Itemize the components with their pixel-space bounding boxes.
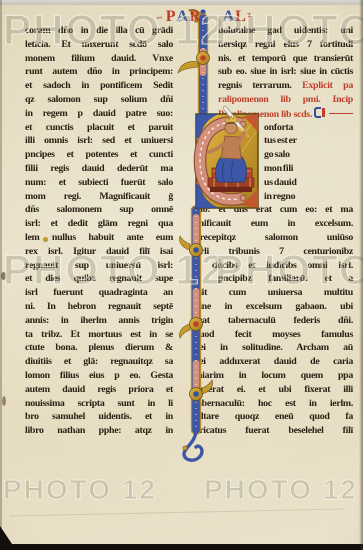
rubric-text: ralipomenon lib pmi. Incip: [218, 94, 353, 105]
manuscript-line: us dauid: [192, 176, 353, 190]
manuscript-line: dñs salomonem sup omnē: [25, 203, 173, 217]
manuscript-line: regnis terrarum. Explicit pa: [192, 79, 353, 93]
manuscript-line: bro samuhel uidentis. et in: [25, 410, 173, 424]
manuscript-line: ta tribz. Et mortuus est in se: [25, 328, 173, 342]
manuscript-line: ni. In hebron regnauit septē: [25, 300, 173, 314]
manuscript-line: ctute bona. plenus dierum &: [25, 341, 173, 355]
manuscript-line: dine in excelsum gabaon. ubi: [192, 300, 353, 314]
manuscript-line: quod fecit moyses famulus: [192, 328, 353, 342]
manuscript-line: sub eo. siue in isrl: siue in cūctis: [192, 65, 353, 79]
abbreviation-mark: z: [247, 6, 251, 24]
manuscript-line: regnauit sup uniuersū isrl:: [25, 259, 173, 273]
manuscript-line: tus est er: [192, 134, 353, 148]
header-flourish: ~: [155, 10, 164, 29]
manuscript-line: Paralipomenon lib scds.: [192, 107, 353, 121]
manuscript-line: lomon filius eius p eo. Gesta: [25, 369, 173, 383]
manuscript-line: diuitiis et glā: regnauitqz sa: [25, 355, 173, 369]
rubric-text: Paralipomenon lib scds.: [218, 109, 312, 120]
parchment-crease: [10, 509, 343, 517]
manuscript-line: isrl fuerunt quadraginta an: [25, 286, 173, 300]
right-text-column: uolumine gad uidentis: uniuersiqz regni …: [192, 24, 353, 438]
manuscript-line: et cunctis placuit et paruit: [25, 121, 173, 135]
running-title-left: PAR: [165, 8, 201, 26]
chapter-mark-icon: [314, 107, 325, 118]
manuscript-line: num: et subiecti fuerūt salo: [25, 176, 173, 190]
manuscript-line: et sadoch in pontificem Sedit: [25, 79, 173, 93]
manuscript-line: libro nathan pphe: atqz in: [25, 424, 173, 438]
running-title-letter: A: [176, 8, 188, 25]
manuscript-line: illi omnis isrl: sed et uniuersi: [25, 134, 173, 148]
left-text-column: coram dño in die illa cū grādileticia. E…: [25, 24, 173, 438]
manuscript-line: gnificauit eum in excelsum.: [192, 217, 353, 231]
manuscript-line: et pncipibz familiarū: et a: [192, 272, 353, 286]
manuscript-line: monem filium dauid. Vnxe: [25, 52, 173, 66]
manuscript-line: isrl: et dedit glām regni qua: [25, 217, 173, 231]
manuscript-line: tabernaculū: hoc est in ierlm.: [192, 397, 353, 411]
manuscript-line: in regem p dauid patre suo:: [25, 107, 173, 121]
manuscript-line: qz salomon sup solium dñi: [25, 93, 173, 107]
photo-edge-bottom: [0, 544, 363, 550]
manuscript-line: coram dño in die illa cū grādi: [25, 24, 173, 38]
manuscript-line: nis. et temporū que transierūt: [192, 52, 353, 66]
manuscript-line: filii regis dauid dederūt ma: [25, 162, 173, 176]
manuscript-line: isrli tribunis 7 centurionibz: [192, 245, 353, 259]
manuscript-line: uersiqz regni eius 7 fortitudi: [192, 38, 353, 52]
manuscript-line: suo: et dñs erat cum eo: et ma: [192, 203, 353, 217]
running-title-letter: A: [223, 8, 235, 25]
running-title-letter: R: [189, 8, 201, 25]
manuscript-line: et dies quibz regnauit supe: [25, 272, 173, 286]
manuscript-line: annis: in iherlm annis trigin: [25, 314, 173, 328]
photo12-watermark: PHOTO 12: [3, 474, 157, 506]
photo-edge-top: [0, 0, 363, 5]
manuscript-line: biit cum uniuersa multitu: [192, 286, 353, 300]
photo12-watermark: PHOTO 12: [204, 474, 358, 506]
manuscript-line: onforta: [192, 121, 353, 135]
manuscript-line: rex isrl. Igitur dauid filī isai: [25, 245, 173, 259]
running-title-letter: L: [235, 8, 246, 25]
manuscript-line: in regno: [192, 190, 353, 204]
manuscript-line: Precepitqz salomon uniūso: [192, 231, 353, 245]
parchment-blemish: [2, 396, 6, 406]
manuscript-line: leticia. Et unxerunt scdō salo: [25, 38, 173, 52]
manuscript-line: nouissima scripta sunt in li: [25, 397, 173, 411]
manuscript-photo: ~ PAR AL z coram dño in die illa cū grād…: [0, 0, 363, 550]
manuscript-line: Altare quoqz eneū quod fa: [192, 410, 353, 424]
manuscript-line: erat tabernaculū federis dñi.: [192, 314, 353, 328]
photo-edge-right: [359, 0, 363, 550]
manuscript-line: autem dauid regis priora et: [25, 383, 173, 397]
manuscript-line: thiarim in locum quem ppa: [192, 369, 353, 383]
manuscript-line: go salo: [192, 148, 353, 162]
manuscript-line: runt autem dño in principem:: [25, 65, 173, 79]
photo-edge-left: [0, 0, 2, 550]
running-title: ~ PAR AL z: [157, 8, 251, 28]
manuscript-line: et ducibs et iudicibs omni isrl.: [192, 259, 353, 273]
manuscript-line: dei in solitudine. Archam aū: [192, 341, 353, 355]
running-title-letter: P: [166, 8, 176, 25]
manuscript-line: dei adduxerat dauid de caria: [192, 355, 353, 369]
rubric-line-filler: [329, 113, 353, 114]
manuscript-line: ralipomenon lib pmi. Incip: [192, 93, 353, 107]
rubric-text: Explicit pa: [302, 80, 353, 91]
manuscript-line: mon fili: [192, 162, 353, 176]
running-title-right: AL: [222, 8, 246, 26]
manuscript-line: lem nullus habuit ante eum: [25, 231, 173, 245]
manuscript-line: bricatus fuerat beselehel filī: [192, 424, 353, 438]
manuscript-line: mom regi. Magnificauit ḡ: [25, 190, 173, 204]
photo-corner-shadow: [0, 526, 16, 550]
manuscript-line: pncipes et potentes et cuncti: [25, 148, 173, 162]
manuscript-line: rauerat ei. et ubi fixerat illi: [192, 383, 353, 397]
